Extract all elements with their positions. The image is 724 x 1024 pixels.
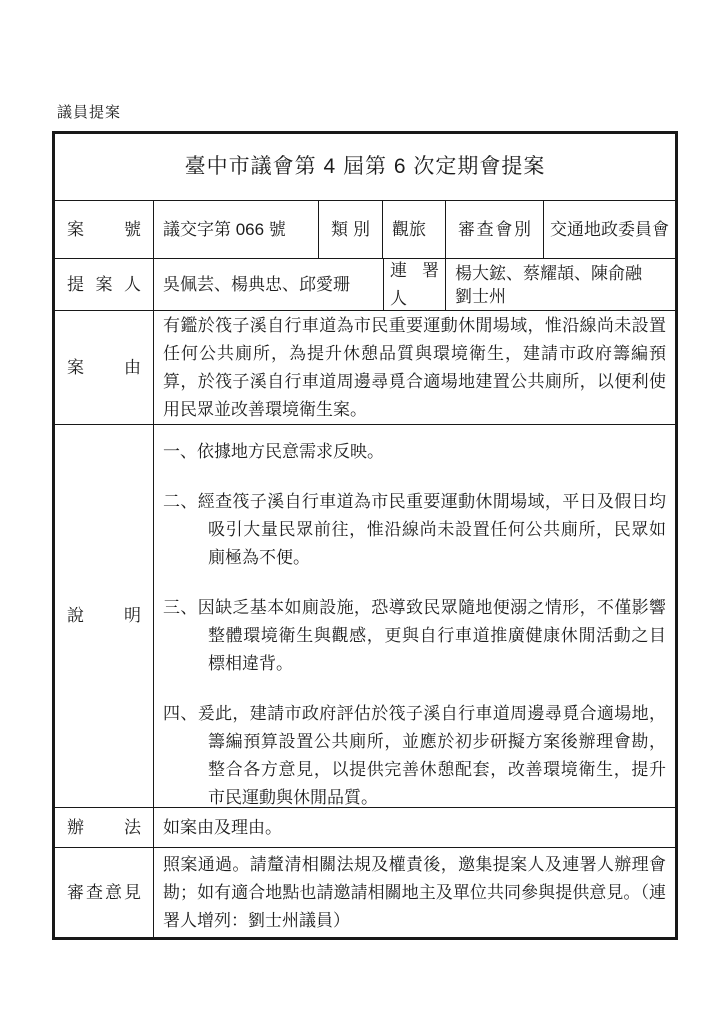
proposer-value: 吳佩芸、楊典忠、邱愛珊	[153, 259, 383, 310]
case-number-label: 案號	[55, 201, 153, 258]
review-opinion-row: 審查意見 照案通過。請釐清相關法規及權責後，邀集提案人及連署人辦理會勘；如有適合…	[55, 847, 675, 937]
item-number: 二、	[163, 492, 198, 511]
item-text: 依據地方民意需求反映。	[197, 442, 384, 461]
method-value: 如案由及理由。	[153, 808, 675, 847]
description-list: 一、依據地方民意需求反映。 二、經查筏子溪自行車道為市民重要運動休閒場域，平日及…	[153, 425, 675, 807]
case-row: 案號 議交字第 066 號 類別 觀旅 審查會別 交通地政委員會	[55, 200, 675, 258]
item-number: 三、	[163, 598, 198, 617]
doc-type-label: 議員提案	[57, 101, 121, 122]
table-title: 臺中市議會第 4 屆第 6 次定期會提案	[55, 134, 675, 200]
description-row: 說明 一、依據地方民意需求反映。 二、經查筏子溪自行車道為市民重要運動休閒場域，…	[55, 424, 675, 807]
review-committee-label: 審查會別	[445, 201, 543, 258]
reason-row: 案由 有鑑於筏子溪自行車道為市民重要運動休閒場域，惟沿線尚未設置任何公共廁所，為…	[55, 310, 675, 424]
proposer-row: 提案人 吳佩芸、楊典忠、邱愛珊 連署人 楊大鋐、蔡耀頡、陳俞融 劉士州	[55, 258, 675, 310]
item-number: 四、	[163, 704, 198, 723]
case-number-value: 議交字第 066 號	[153, 201, 318, 258]
description-item: 一、依據地方民意需求反映。	[163, 438, 666, 466]
review-opinion-value: 照案通過。請釐清相關法規及權責後，邀集提案人及連署人辦理會勘；如有適合地點也請邀…	[153, 848, 675, 937]
cosigner-value: 楊大鋐、蔡耀頡、陳俞融 劉士州	[445, 259, 675, 310]
method-label: 辦法	[55, 808, 153, 847]
category-value: 觀旅	[382, 201, 445, 258]
description-item: 四、爰此，建請市政府評估於筏子溪自行車道周邊尋覓合適場地，籌編預算設置公共廁所，…	[163, 700, 666, 807]
review-committee-value: 交通地政委員會	[543, 201, 675, 258]
description-label: 說明	[55, 425, 153, 807]
category-label: 類別	[318, 201, 382, 258]
description-item: 二、經查筏子溪自行車道為市民重要運動休閒場域，平日及假日均吸引大量民眾前往，惟沿…	[163, 488, 666, 572]
reason-label: 案由	[55, 311, 153, 424]
proposal-table: 臺中市議會第 4 屆第 6 次定期會提案 案號 議交字第 066 號 類別 觀旅…	[52, 131, 678, 940]
table-title-row: 臺中市議會第 4 屆第 6 次定期會提案	[55, 134, 675, 200]
item-number: 一、	[163, 442, 197, 461]
review-opinion-label: 審查意見	[55, 848, 153, 937]
reason-value: 有鑑於筏子溪自行車道為市民重要運動休閒場域，惟沿線尚未設置任何公共廁所，為提升休…	[153, 311, 675, 424]
item-text: 經查筏子溪自行車道為市民重要運動休閒場域，平日及假日均吸引大量民眾前往，惟沿線尚…	[198, 492, 666, 567]
method-row: 辦法 如案由及理由。	[55, 807, 675, 847]
cosigner-label: 連署人	[383, 259, 445, 310]
proposer-label: 提案人	[55, 259, 153, 310]
item-text: 因缺乏基本如廁設施，恐導致民眾隨地便溺之情形，不僅影響整體環境衛生與觀感，更與自…	[198, 598, 666, 673]
description-item: 三、因缺乏基本如廁設施，恐導致民眾隨地便溺之情形，不僅影響整體環境衛生與觀感，更…	[163, 594, 666, 678]
item-text: 爰此，建請市政府評估於筏子溪自行車道周邊尋覓合適場地，籌編預算設置公共廁所，並應…	[198, 704, 666, 807]
